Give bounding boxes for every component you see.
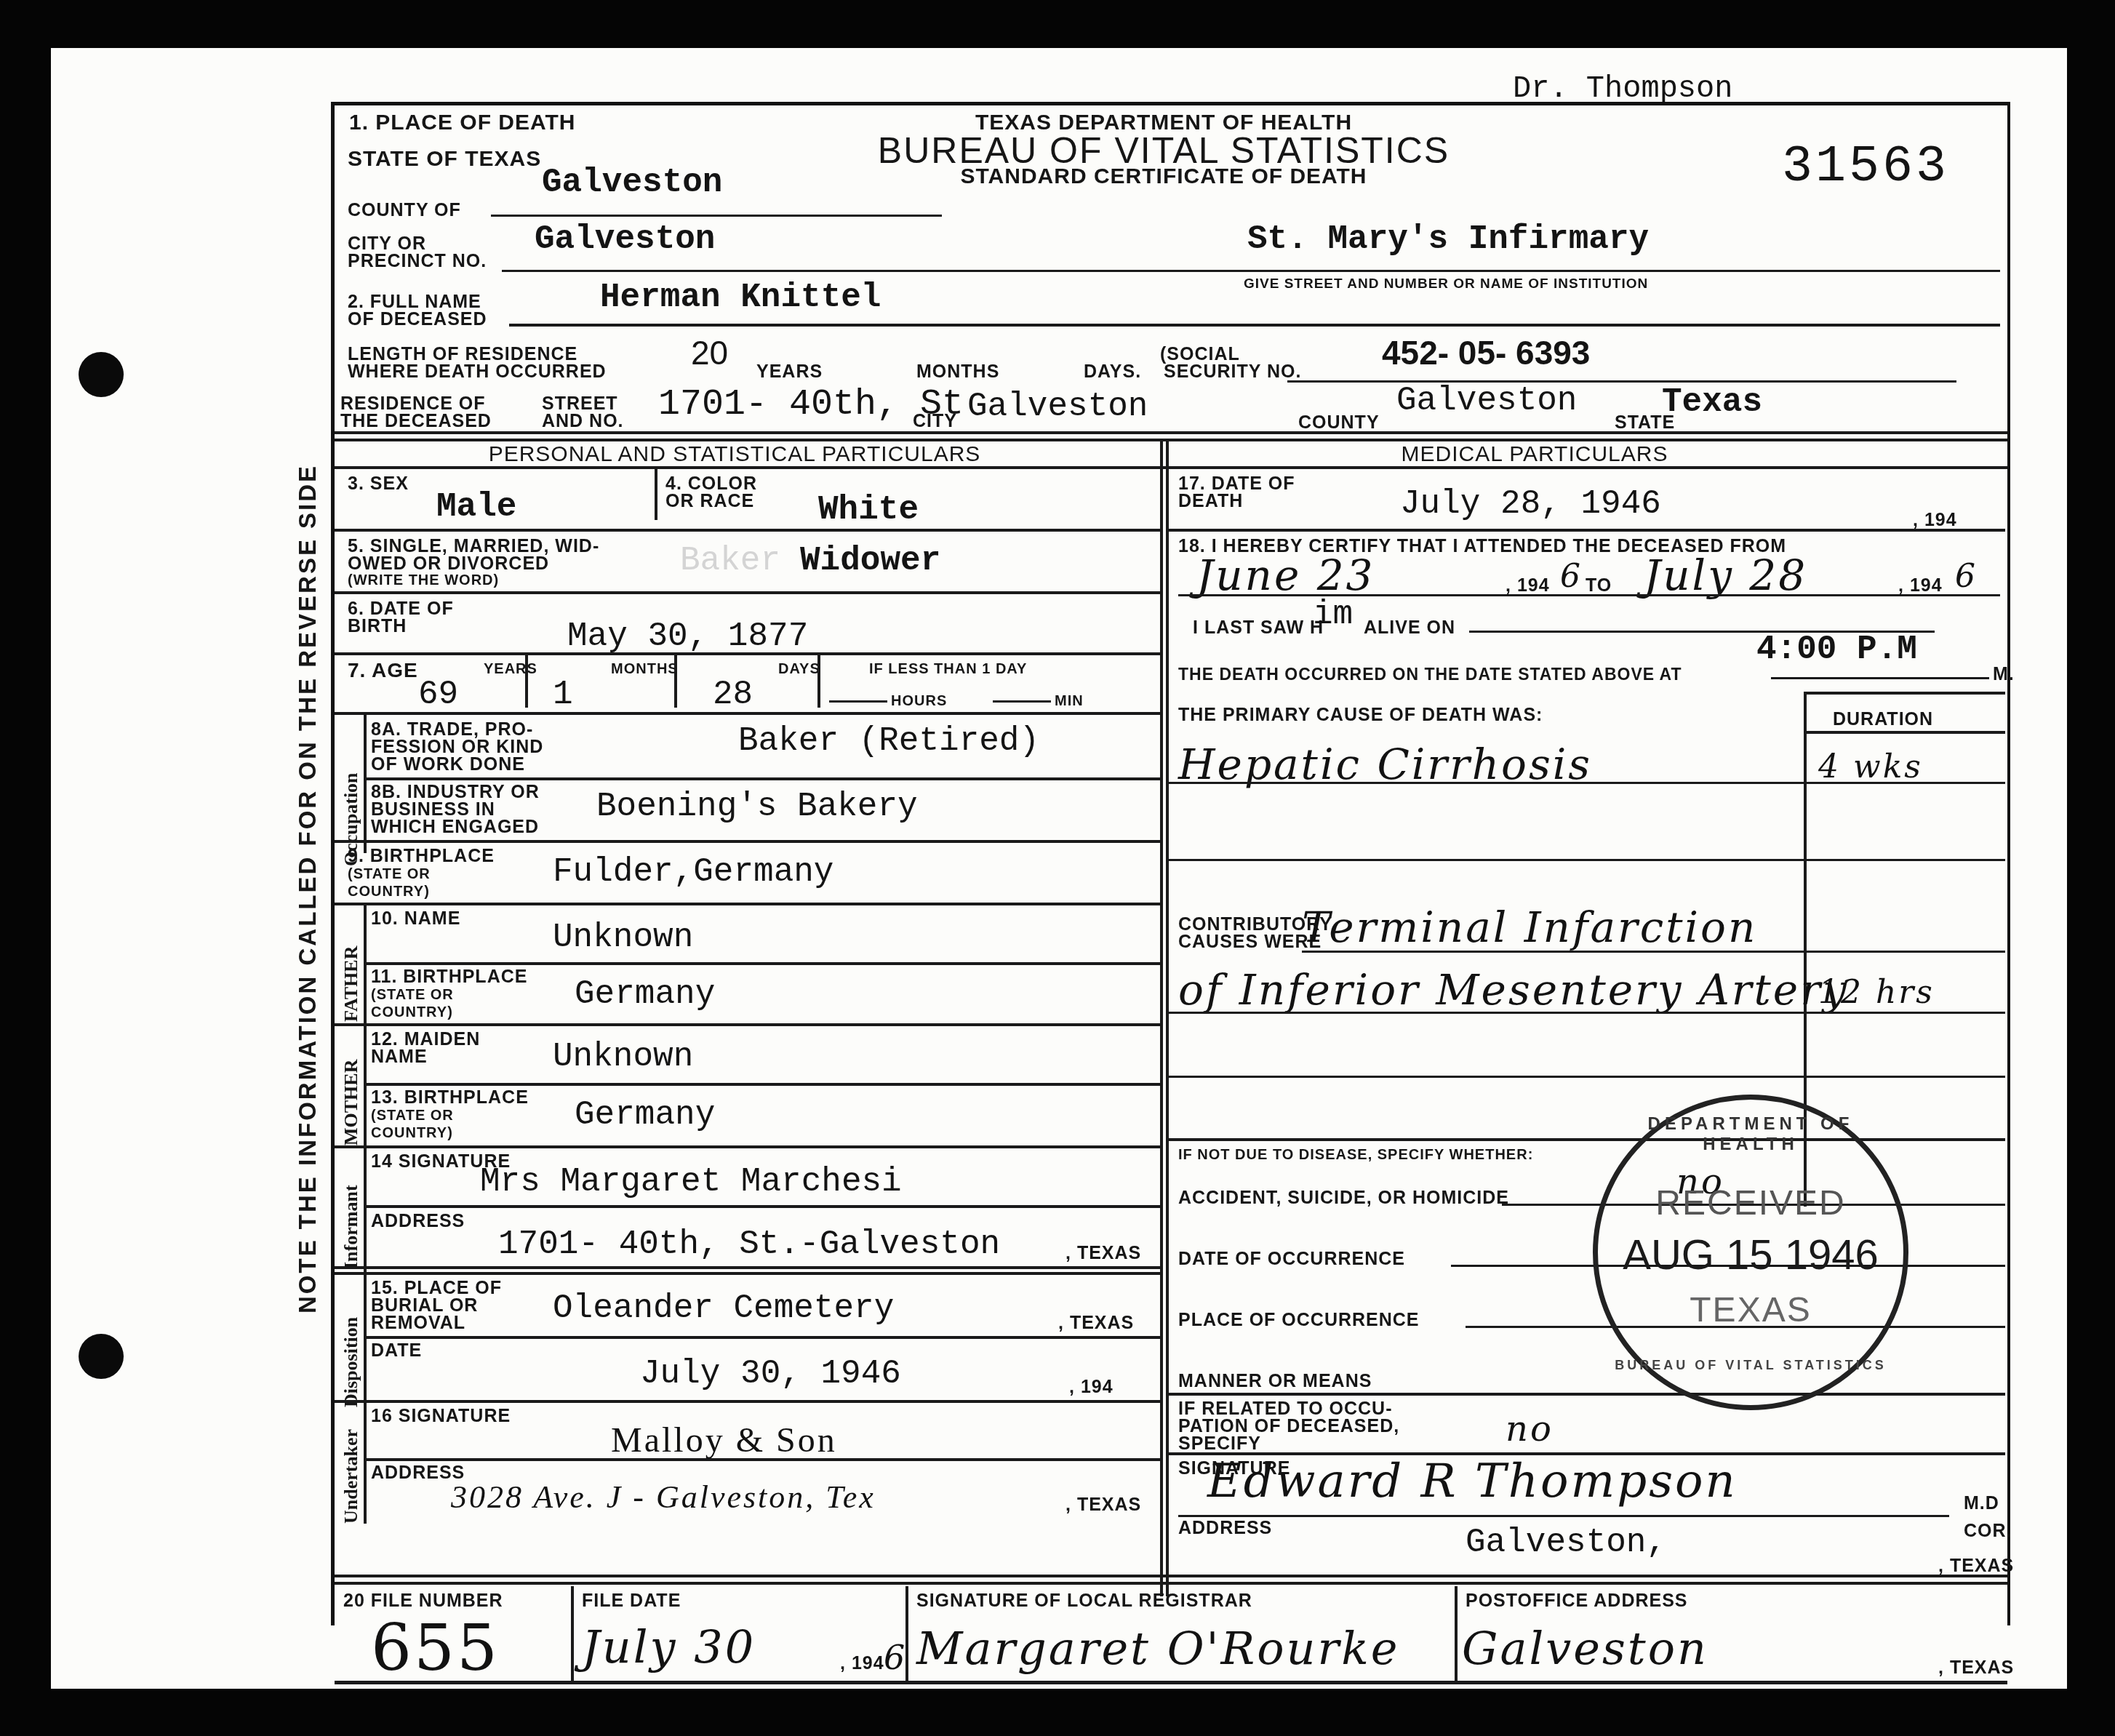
cell-divider	[1455, 1586, 1458, 1681]
deceased-name-value: Herman Knittel	[600, 280, 881, 315]
undertaker-address-value: 3028 Ave. J - Galveston, Tex	[451, 1476, 876, 1519]
rule	[1169, 1393, 2005, 1396]
informant-group-label: Informant	[340, 1185, 362, 1269]
rule	[1804, 731, 2005, 734]
age-years-value: 69	[418, 677, 458, 712]
primary-cause-label: THE PRIMARY CAUSE OF DEATH WAS:	[1178, 706, 1543, 724]
undertaker-texas-suffix: , TEXAS	[1066, 1496, 1141, 1514]
stamp-state: TEXAS	[1598, 1290, 1903, 1330]
stamp-arc-bottom: BUREAU OF VITAL STATISTICS	[1598, 1358, 1903, 1373]
attended-to-value: July 28	[1644, 553, 1807, 597]
rule	[1302, 951, 2005, 953]
rule	[335, 466, 2007, 469]
county-of-label: COUNTY OF	[348, 201, 461, 220]
rule	[335, 431, 2007, 434]
years-label: YEARS	[756, 363, 823, 381]
dob-label-2: BIRTH	[348, 617, 407, 636]
residence-city-value: Galveston	[967, 389, 1148, 424]
burial-place-value: Oleander Cemetery	[553, 1291, 894, 1326]
burial-date-label: DATE	[371, 1342, 422, 1360]
registrar-signature-value: Margaret O'Rourke	[916, 1627, 1399, 1671]
institution-value: St. Mary's Infirmary	[1247, 222, 1649, 257]
residence-city-label: CITY	[913, 412, 957, 431]
stamp-date: AUG 15 1946	[1598, 1231, 1903, 1279]
column-divider	[1166, 439, 1169, 1596]
physician-signature-value: Edward R Thompson	[1207, 1460, 1738, 1503]
rule	[364, 1458, 1160, 1461]
rule	[1169, 859, 2005, 861]
group-divider	[364, 1026, 367, 1150]
trade-label-3: OF WORK DONE	[371, 756, 525, 774]
residence-length-label-2: WHERE DEATH OCCURRED	[348, 363, 607, 381]
punch-hole-top	[79, 352, 124, 397]
undertaker-signature-label: 16 SIGNATURE	[371, 1407, 511, 1425]
industry-value: Boening's Bakery	[596, 789, 918, 824]
occupation-related-label-3: SPECIFY	[1178, 1435, 1261, 1453]
contributory-duration: 12 hrs	[1818, 971, 1935, 1015]
rule	[1169, 782, 2005, 784]
burial-texas-suffix: , TEXAS	[1058, 1314, 1134, 1332]
stamp-arc-top: DEPARTMENT OF HEALTH	[1598, 1114, 1903, 1155]
to-year-prefix: , 194	[1898, 577, 1943, 595]
primary-cause-value: Hepatic Cirrhosis	[1178, 743, 1592, 786]
age-label: 7. AGE	[348, 661, 418, 679]
marital-erased-text: Baker	[680, 543, 780, 578]
last-saw-label-1: I LAST SAW H	[1193, 619, 1324, 637]
residence-county-value: Galveston	[1396, 383, 1577, 418]
rule	[335, 1681, 2007, 1684]
file-number-value: 655	[371, 1615, 500, 1681]
rule	[1178, 594, 2000, 596]
accident-label: ACCIDENT, SUICIDE, OR HOMICIDE	[1178, 1189, 1509, 1207]
last-saw-value: im	[1313, 597, 1353, 632]
father-birthplace-label-2: (STATE OR	[371, 987, 454, 1003]
date-occurrence-label: DATE OF OCCURRENCE	[1178, 1250, 1405, 1268]
rule	[364, 777, 1160, 780]
mother-birthplace-label-1: 13. BIRTHPLACE	[371, 1089, 529, 1107]
file-year-prefix: , 194	[840, 1655, 884, 1673]
group-divider	[364, 1403, 367, 1524]
undertaker-signature-value: Malloy & Son	[611, 1419, 837, 1463]
occupation-related-value: no	[1506, 1407, 1554, 1451]
from-year-prefix: , 194	[1506, 577, 1550, 595]
mother-maiden-name-value: Unknown	[553, 1039, 693, 1074]
from-year-suffix: 6	[1560, 555, 1583, 599]
mother-group-label: MOTHER	[340, 1060, 362, 1145]
rule	[1287, 380, 1956, 383]
to-year-suffix: 6	[1955, 555, 1978, 599]
ssn-value: 452- 05- 6393	[1382, 335, 1590, 370]
residence-years-value: 20	[691, 335, 728, 370]
place-occurrence-label: PLACE OF OCCURRENCE	[1178, 1311, 1420, 1329]
months-label: MONTHS	[916, 363, 999, 381]
burial-date-value: July 30, 1946	[640, 1356, 901, 1391]
medical-section-title: MEDICAL PARTICULARS	[1280, 443, 1789, 466]
physician-address-value: Galveston,	[1466, 1525, 1666, 1560]
group-divider	[364, 715, 367, 853]
rule	[335, 840, 1160, 843]
rule	[335, 1272, 1160, 1275]
color-label-2: OR RACE	[665, 492, 754, 511]
received-stamp: DEPARTMENT OF HEALTH RECEIVED AUG 15 194…	[1593, 1095, 1908, 1410]
postoffice-label: POSTOFFICE ADDRESS	[1466, 1592, 1688, 1610]
dod-year-suffix: , 194	[1913, 511, 1957, 529]
registrar-signature-label: SIGNATURE OF LOCAL REGISTRAR	[916, 1592, 1252, 1610]
place-of-death-label: 1. PLACE OF DEATH	[349, 111, 575, 135]
rule	[335, 1400, 1160, 1403]
file-number-label: 20 FILE NUMBER	[343, 1592, 503, 1610]
rule	[335, 591, 1160, 594]
age-months-label: MONTHS	[611, 661, 679, 677]
informant-address-value: 1701- 40th, St.-Galveston	[498, 1227, 1000, 1262]
death-time-label: THE DEATH OCCURRED ON THE DATE STATED AB…	[1178, 665, 1682, 684]
informant-texas-suffix: , TEXAS	[1066, 1244, 1141, 1263]
informant-address-label: ADDRESS	[371, 1212, 465, 1231]
contributory-label-2: CAUSES WERE	[1178, 933, 1322, 951]
age-hours-label: HOURS	[891, 693, 947, 709]
file-date-value: July 30	[582, 1625, 756, 1669]
ssn-label-2: SECURITY NO.	[1164, 363, 1301, 381]
sex-label: 3. SEX	[348, 475, 409, 493]
rule	[335, 1266, 1160, 1269]
stamp-status: RECEIVED	[1598, 1183, 1903, 1223]
age-years-label: YEARS	[484, 661, 537, 677]
cell-divider	[674, 655, 677, 708]
cell-divider	[655, 469, 657, 520]
father-name-label: 10. NAME	[371, 910, 460, 928]
disposition-group-label: Disposition	[340, 1317, 362, 1407]
birthplace-label-3: COUNTRY)	[348, 884, 430, 900]
father-name-value: Unknown	[553, 920, 693, 955]
father-birthplace-value: Germany	[575, 977, 715, 1012]
rule	[335, 1145, 1160, 1148]
full-name-label-2: OF DECEASED	[348, 311, 487, 329]
rule	[993, 700, 1051, 703]
not-disease-label: IF NOT DUE TO DISEASE, SPECIFY WHETHER:	[1178, 1147, 1533, 1163]
personal-section-title: PERSONAL AND STATISTICAL PARTICULARS	[422, 443, 1047, 466]
last-saw-label-2: ALIVE ON	[1364, 619, 1455, 637]
color-value: White	[818, 492, 919, 527]
rule	[335, 439, 2007, 441]
informant-signature-value: Mrs Margaret Marchesi	[480, 1164, 902, 1199]
certificate-title: STANDARD CERTIFICATE OF DEATH	[902, 165, 1426, 188]
marital-status-value: Widower	[800, 543, 940, 578]
sex-value: Male	[436, 489, 516, 524]
father-birthplace-label-3: COUNTRY)	[371, 1004, 453, 1020]
marital-label-2: OWED OR DIVORCED	[348, 555, 549, 573]
street-label-2: AND NO.	[542, 412, 624, 431]
physician-address-label: ADDRESS	[1178, 1519, 1272, 1537]
cell-divider	[525, 655, 528, 708]
residence-county-label: COUNTY	[1298, 414, 1380, 432]
duration-label: DURATION	[1833, 711, 1933, 729]
physician-texas-suffix: , TEXAS	[1938, 1557, 2014, 1575]
city-of-death-value: Galveston	[535, 222, 715, 257]
birthplace-label-1: 9. BIRTHPLACE	[348, 847, 495, 865]
rule	[1169, 529, 2005, 532]
postoffice-texas-suffix: , TEXAS	[1938, 1659, 2014, 1677]
burial-label-3: REMOVAL	[371, 1314, 465, 1332]
state-of-texas-label: STATE OF TEXAS	[348, 148, 541, 171]
rule	[1178, 1515, 1949, 1517]
father-birthplace-label-1: 11. BIRTHPLACE	[371, 968, 527, 986]
rule	[1169, 1012, 2005, 1014]
rule	[509, 324, 2000, 327]
file-date-label: FILE DATE	[582, 1592, 681, 1610]
group-divider	[364, 1275, 367, 1403]
cor-label: COR.	[1964, 1522, 2012, 1540]
manner-label: MANNER OR MEANS	[1178, 1372, 1372, 1391]
dod-label-2: DEATH	[1178, 492, 1243, 511]
attended-from-value: June 23	[1196, 553, 1375, 597]
age-less-than-day-label: IF LESS THAN 1 DAY	[869, 661, 1027, 677]
institution-hint: GIVE STREET AND NUMBER OR NAME OF INSTIT…	[1244, 276, 1648, 292]
rule	[1169, 1076, 2005, 1078]
mother-birthplace-value: Germany	[575, 1097, 715, 1132]
reverse-side-note: NOTE THE INFORMATION CALLED FOR ON THE R…	[294, 464, 321, 1313]
rule	[829, 700, 887, 703]
certificate-number: 31563	[1782, 142, 1949, 194]
m-suffix: M.	[1993, 665, 2015, 684]
mother-name-label-2: NAME	[371, 1048, 428, 1066]
date-of-birth-value: May 30, 1877	[567, 619, 808, 654]
trade-value: Baker (Retired)	[738, 724, 1039, 759]
rule	[335, 1023, 1160, 1026]
contributory-cause-value-1: Terminal Infarction	[1302, 905, 1757, 949]
cell-divider	[571, 1586, 574, 1681]
days-label: DAYS.	[1084, 363, 1141, 381]
age-days-label: DAYS	[778, 661, 820, 677]
date-of-death-value: July 28, 1946	[1400, 487, 1661, 521]
city-label-2: PRECINCT NO.	[348, 252, 487, 271]
rule	[335, 712, 1160, 715]
age-min-label: MIN	[1055, 693, 1084, 709]
undertaker-group-label: Undertaker	[340, 1429, 362, 1524]
rule	[335, 903, 1160, 905]
marital-label-3: (WRITE THE WORD)	[348, 572, 499, 588]
rule	[364, 962, 1160, 965]
to-label: TO	[1586, 577, 1612, 595]
residence-state-value: Texas	[1662, 385, 1762, 420]
postoffice-value: Galveston	[1462, 1627, 1708, 1671]
mother-birthplace-label-3: COUNTRY)	[371, 1125, 453, 1141]
rule	[335, 652, 1160, 655]
rule	[1771, 677, 1989, 679]
cell-divider	[817, 655, 820, 708]
group-divider	[364, 905, 367, 1029]
industry-label-3: WHICH ENGAGED	[371, 818, 539, 836]
group-divider	[364, 1148, 367, 1272]
rule	[364, 1336, 1160, 1339]
rule	[335, 1582, 2007, 1585]
column-divider	[1160, 439, 1163, 1596]
age-months-value: 1	[553, 677, 573, 712]
residence-label-2: THE DECEASED	[340, 412, 492, 431]
md-label: M.D	[1964, 1495, 1999, 1513]
contributory-cause-value-2: of Inferior Mesentery Artery	[1178, 968, 1849, 1012]
rule	[364, 1205, 1160, 1208]
rule	[335, 1575, 2007, 1577]
burial-year-suffix: , 194	[1069, 1378, 1114, 1396]
rule	[1804, 692, 2005, 695]
mother-birthplace-label-2: (STATE OR	[371, 1108, 454, 1124]
county-of-death-value: Galveston	[542, 165, 722, 200]
rule	[502, 270, 2000, 272]
rule	[335, 529, 1160, 532]
father-group-label: FATHER	[340, 946, 362, 1022]
rule	[491, 215, 942, 217]
rule	[364, 1083, 1160, 1086]
birthplace-value: Fulder,Germany	[553, 855, 833, 889]
file-year-suffix: 6	[884, 1636, 907, 1679]
age-days-value: 28	[713, 677, 753, 712]
margin-note: Dr. Thompson	[1513, 71, 1732, 106]
punch-hole-bottom	[79, 1334, 124, 1379]
time-of-death-value: 4:00 P.M	[1756, 632, 1917, 667]
birthplace-label-2: (STATE OR	[348, 866, 431, 882]
